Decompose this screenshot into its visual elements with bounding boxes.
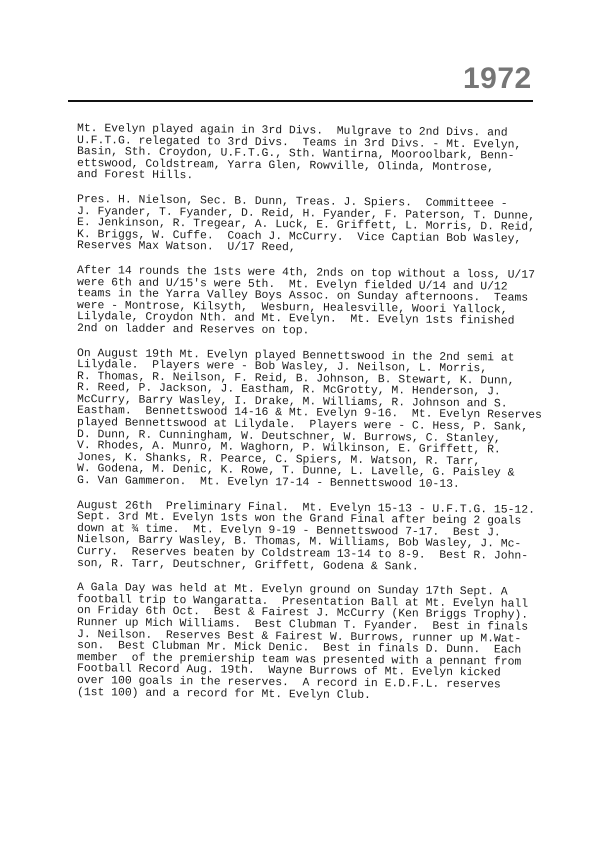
paragraph: A Gala Day was held at Mt. Evelyn ground…	[77, 583, 577, 699]
header-rule	[68, 100, 533, 102]
document-body: Mt. Evelyn played again in 3rd Divs. Mul…	[77, 124, 577, 712]
paragraph: August 26th Preliminary Final. Mt. Evely…	[77, 501, 577, 571]
paragraph: Pres. H. Nielson, Sec. B. Dunn, Treas. J…	[77, 195, 577, 253]
paragraph: On August 19th Mt. Evelyn played Bennett…	[77, 349, 577, 488]
paragraph: Mt. Evelyn played again in 3rd Divs. Mul…	[77, 124, 577, 182]
paragraph: After 14 rounds the 1sts were 4th, 2nds …	[77, 266, 577, 336]
year-heading: 1972	[463, 62, 532, 96]
